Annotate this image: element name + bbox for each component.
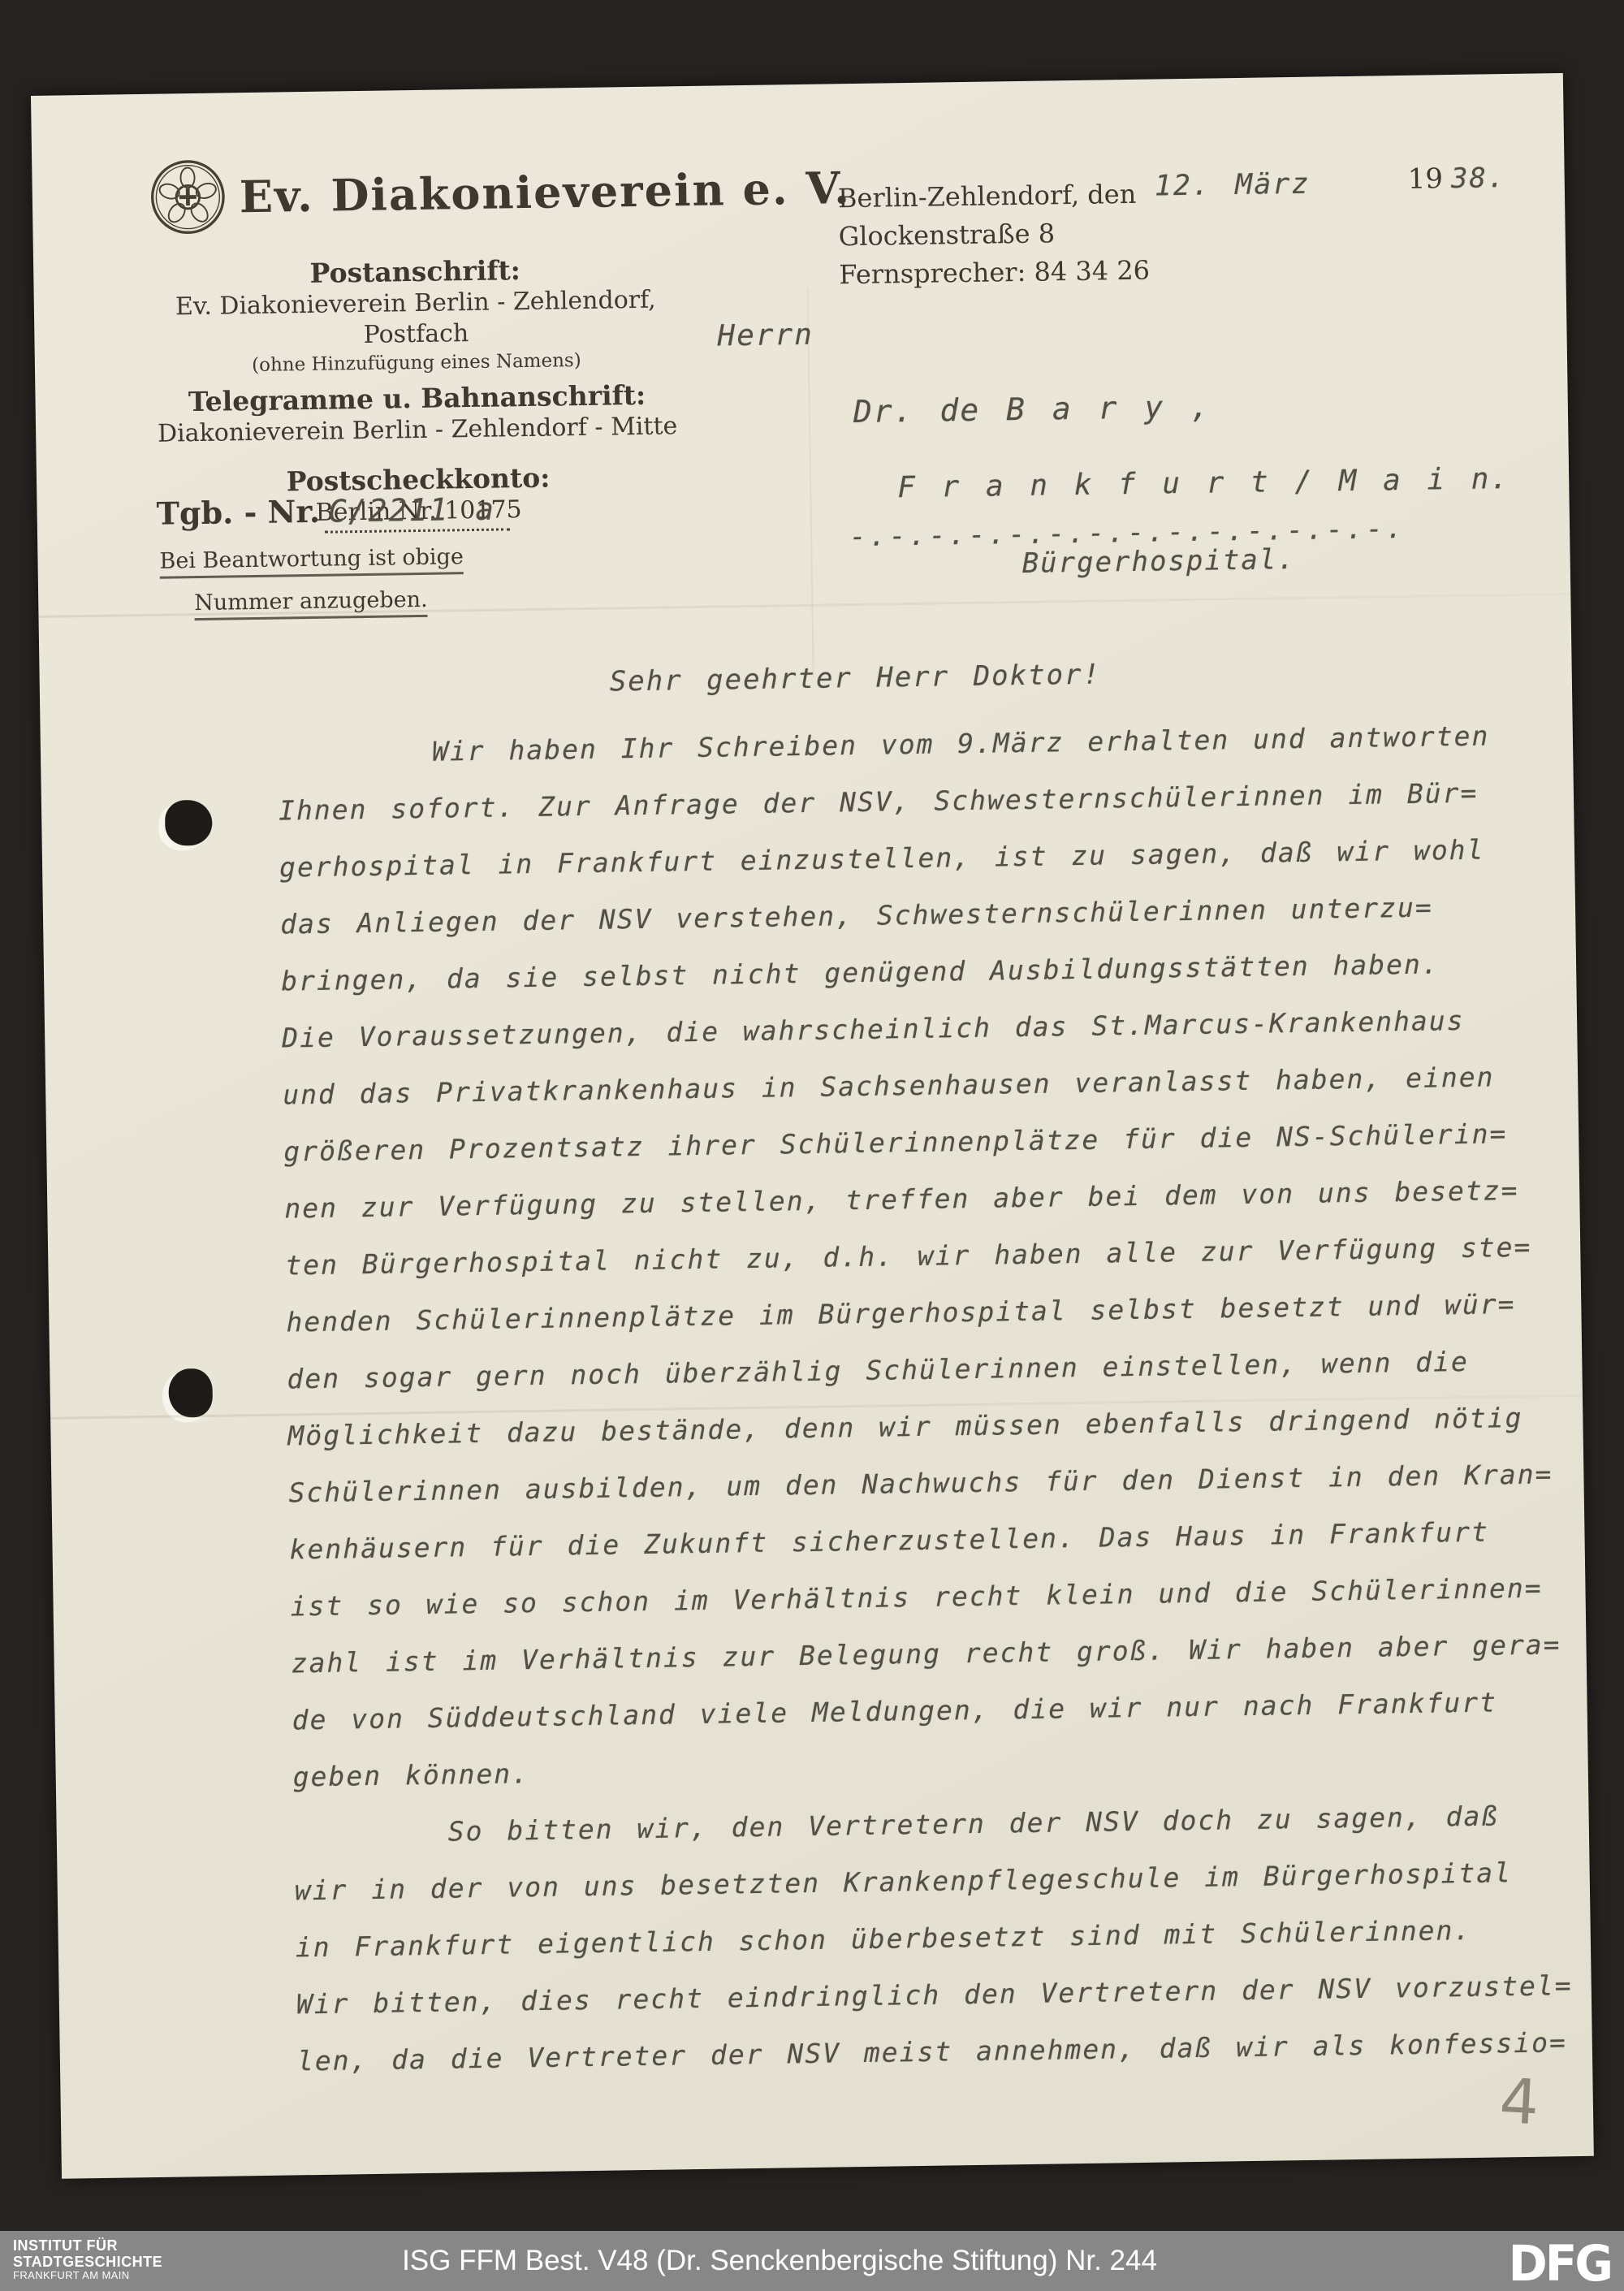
paragraph-2: So bitten wir, den Vertretern der NSV do… — [293, 1787, 1580, 2090]
year-group: 19 38. — [1407, 162, 1505, 196]
journal-note-line2: Nummer anzugeben. — [194, 587, 428, 620]
recipient-city: F r a n k f u r t / M a i n. — [897, 462, 1510, 504]
letter-page: Ev. Diakonieverein e. V. Postanschrift: … — [31, 73, 1594, 2179]
place-date-label: Berlin-Zehlendorf, den — [838, 175, 1149, 218]
journal-value: C/2211 a — [325, 491, 511, 533]
street-line: Glockenstraße 8 — [838, 214, 1149, 257]
recipient-name: Dr. de B a r y , — [853, 388, 1212, 430]
luther-rose-seal-icon — [149, 158, 227, 236]
year-printed: 19 — [1407, 162, 1443, 196]
punch-hole-top — [165, 800, 213, 846]
paragraph-1: Wir haben Ihr Schreiben vom 9.März erhal… — [278, 707, 1577, 1805]
institute-line3: FRANKFURT AM MAIN — [13, 2270, 162, 2282]
institute-line1: INSTITUT FÜR — [13, 2237, 162, 2254]
journal-label: Tgb. - Nr. — [156, 493, 320, 532]
recipient-department: Bürgerhospital. — [1021, 543, 1296, 580]
year-typed: 38. — [1451, 162, 1506, 195]
institute-logo: INSTITUT FÜR STADTGESCHICHTE FRANKFURT A… — [13, 2237, 162, 2282]
typed-date: 12. März — [1155, 168, 1311, 203]
phone-line: Fernsprecher: 84 34 26 — [839, 252, 1150, 295]
archive-citation: ISG FFM Best. V48 (Dr. Senckenbergische … — [0, 2231, 1559, 2291]
letterhead-center-block: Postanschrift: Ev. Diakonieverein Berlin… — [123, 245, 711, 532]
journal-number-row: Tgb. - Nr. C/2211 a — [156, 490, 510, 535]
letter-salutation: Sehr geehrter Herr Doktor! — [609, 659, 1101, 698]
punch-hole-bottom — [168, 1368, 213, 1418]
archive-scan-page: { "colors": { "background": "#272321", "… — [0, 0, 1624, 2291]
letterhead-right-block: Berlin-Zehlendorf, den Glockenstraße 8 F… — [838, 175, 1151, 295]
postal-address: Ev. Diakonieverein Berlin - Zehlendorf, … — [123, 284, 709, 355]
archive-footer-bar: ISG FFM Best. V48 (Dr. Senckenbergische … — [0, 2231, 1624, 2291]
institute-line2: STADTGESCHICHTE — [13, 2254, 162, 2270]
journal-note-line1: Bei Beantwortung ist obige — [159, 544, 464, 579]
recipient-salutation: Herrn — [717, 318, 814, 353]
dfg-logo: DFG — [1509, 2234, 1611, 2291]
pencil-page-number: 4 — [1497, 2064, 1540, 2139]
org-name: Ev. Diakonieverein e. V. — [239, 162, 851, 223]
